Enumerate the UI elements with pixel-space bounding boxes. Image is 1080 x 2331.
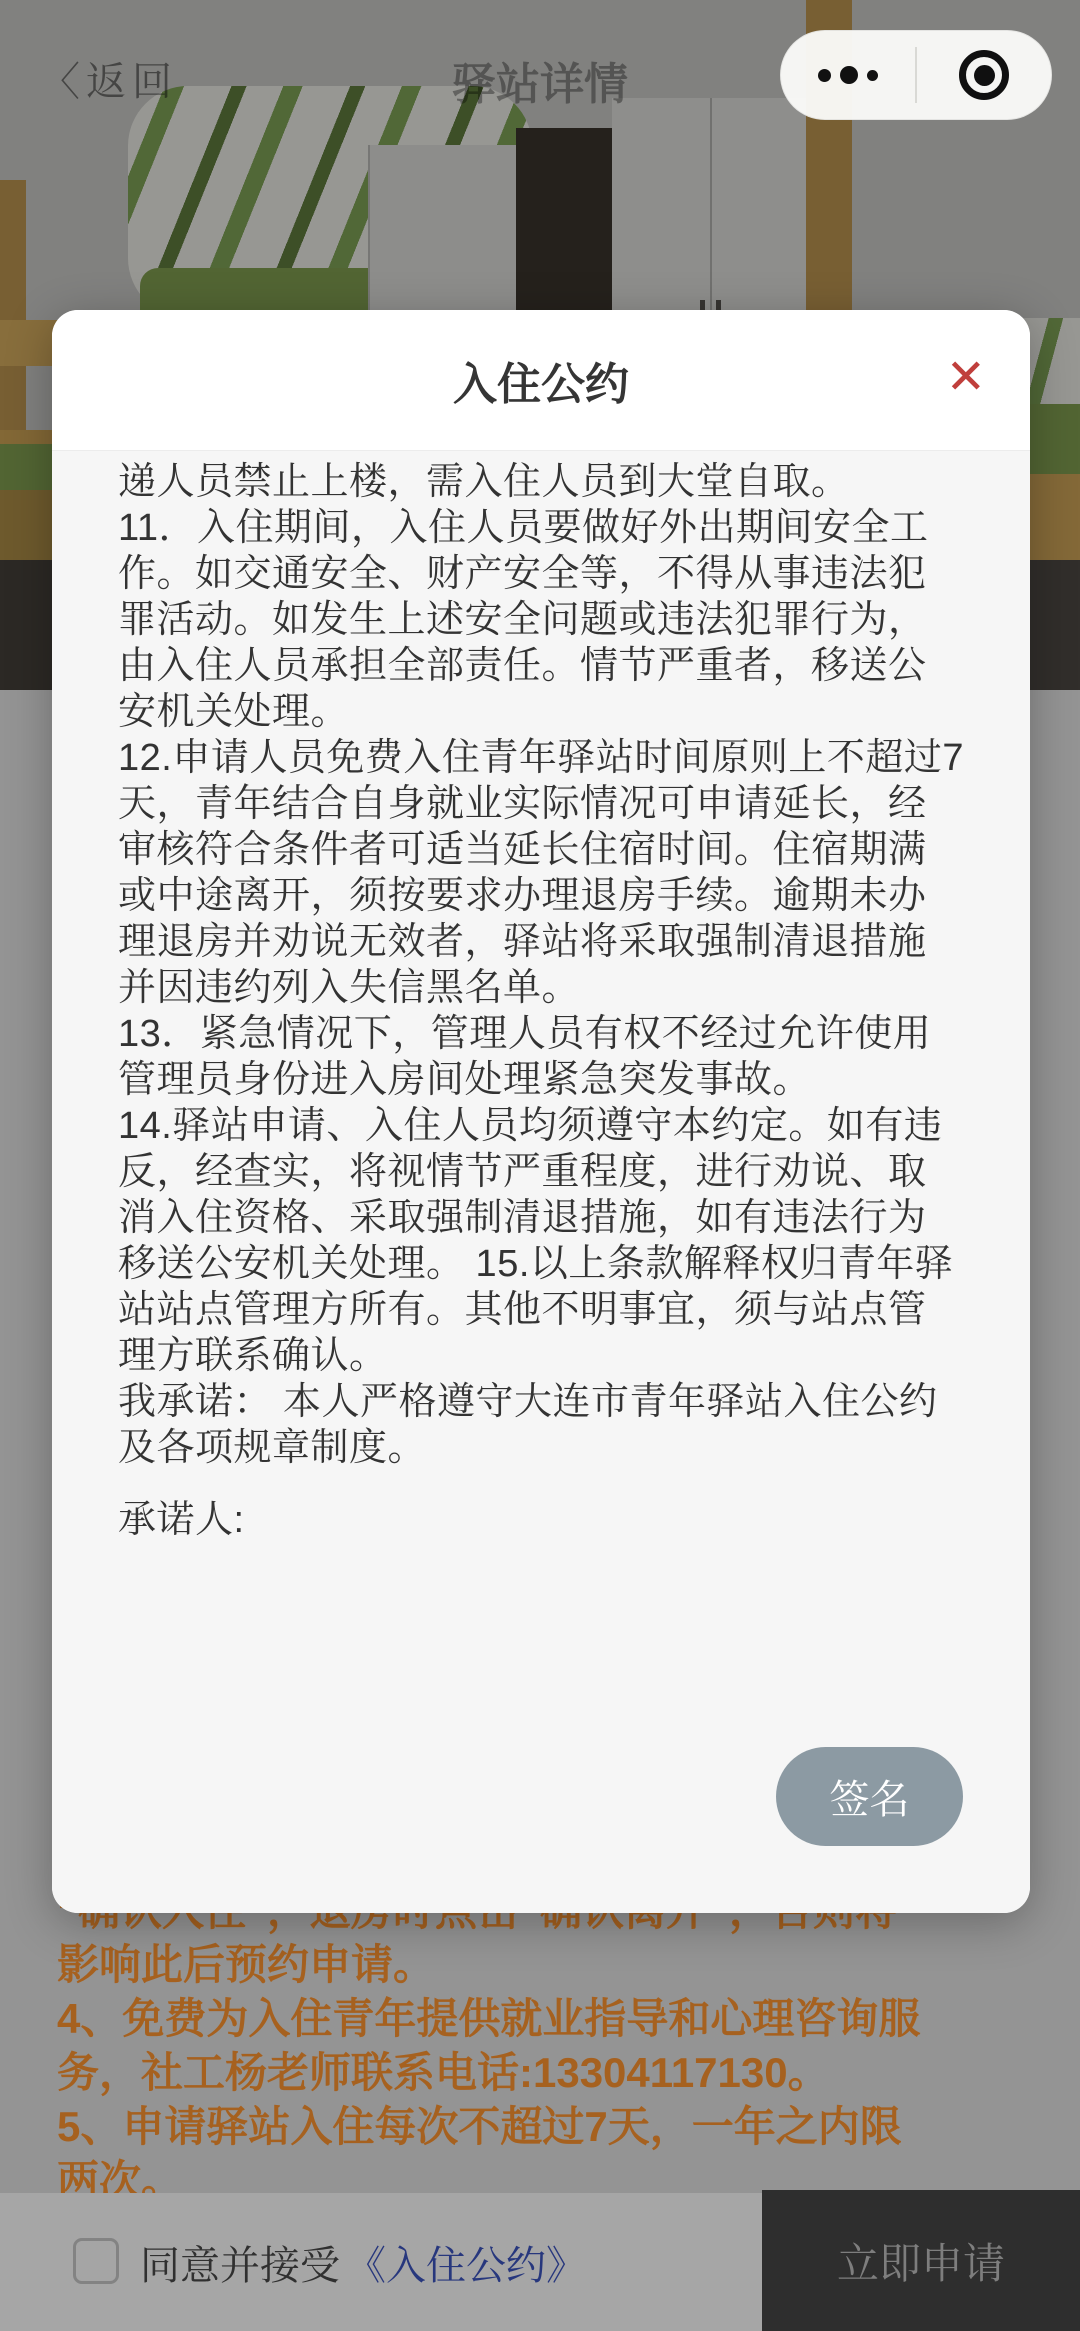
exit-button[interactable] [917, 31, 1051, 119]
more-button[interactable] [781, 31, 915, 119]
target-icon [959, 50, 1009, 100]
wechat-capsule [780, 30, 1052, 120]
close-icon[interactable]: ✕ [946, 354, 986, 402]
modal-header: 入住公约 ✕ [52, 310, 1030, 450]
agreement-paragraph: 11．入住期间，入住人员要做好外出期间安全工作。如交通安全、财产安全等，不得从事… [118, 505, 964, 735]
mini-program-screen: 〈返回 驿站详情 “确认入住”，退房时点击“确认离开”，否则将 影响此后预约申请… [0, 0, 1080, 2331]
agreement-paragraph: 我承诺： 本人严格遵守大连市青年驿站入住公约及各项规章制度。 [118, 1379, 964, 1471]
agreement-paragraph: 12.申请人员免费入住青年驿站时间原则上不超过7天，青年结合自身就业实际情况可申… [118, 735, 964, 1011]
checkin-agreement-modal: 入住公约 ✕ 递人员禁止上楼，需入住人员到大堂自取。 11．入住期间，入住人员要… [52, 310, 1030, 1913]
sign-button[interactable]: 签名 [776, 1747, 963, 1846]
agreement-paragraph: 递人员禁止上楼，需入住人员到大堂自取。 [118, 459, 964, 505]
agreement-paragraph: 13．紧急情况下，管理人员有权不经过允许使用管理员身份进入房间处理紧急突发事故。 [118, 1011, 964, 1103]
agreement-paragraph: 14.驿站申请、入住人员均须遵守本约定。如有违反，经查实，将视情节严重程度，进行… [118, 1103, 964, 1379]
modal-title: 入住公约 [52, 310, 1030, 450]
agreement-text: 递人员禁止上楼，需入住人员到大堂自取。 11．入住期间，入住人员要做好外出期间安… [52, 450, 1030, 1913]
more-dots-icon [818, 66, 878, 84]
promisor-label: 承诺人: [118, 1497, 964, 1543]
